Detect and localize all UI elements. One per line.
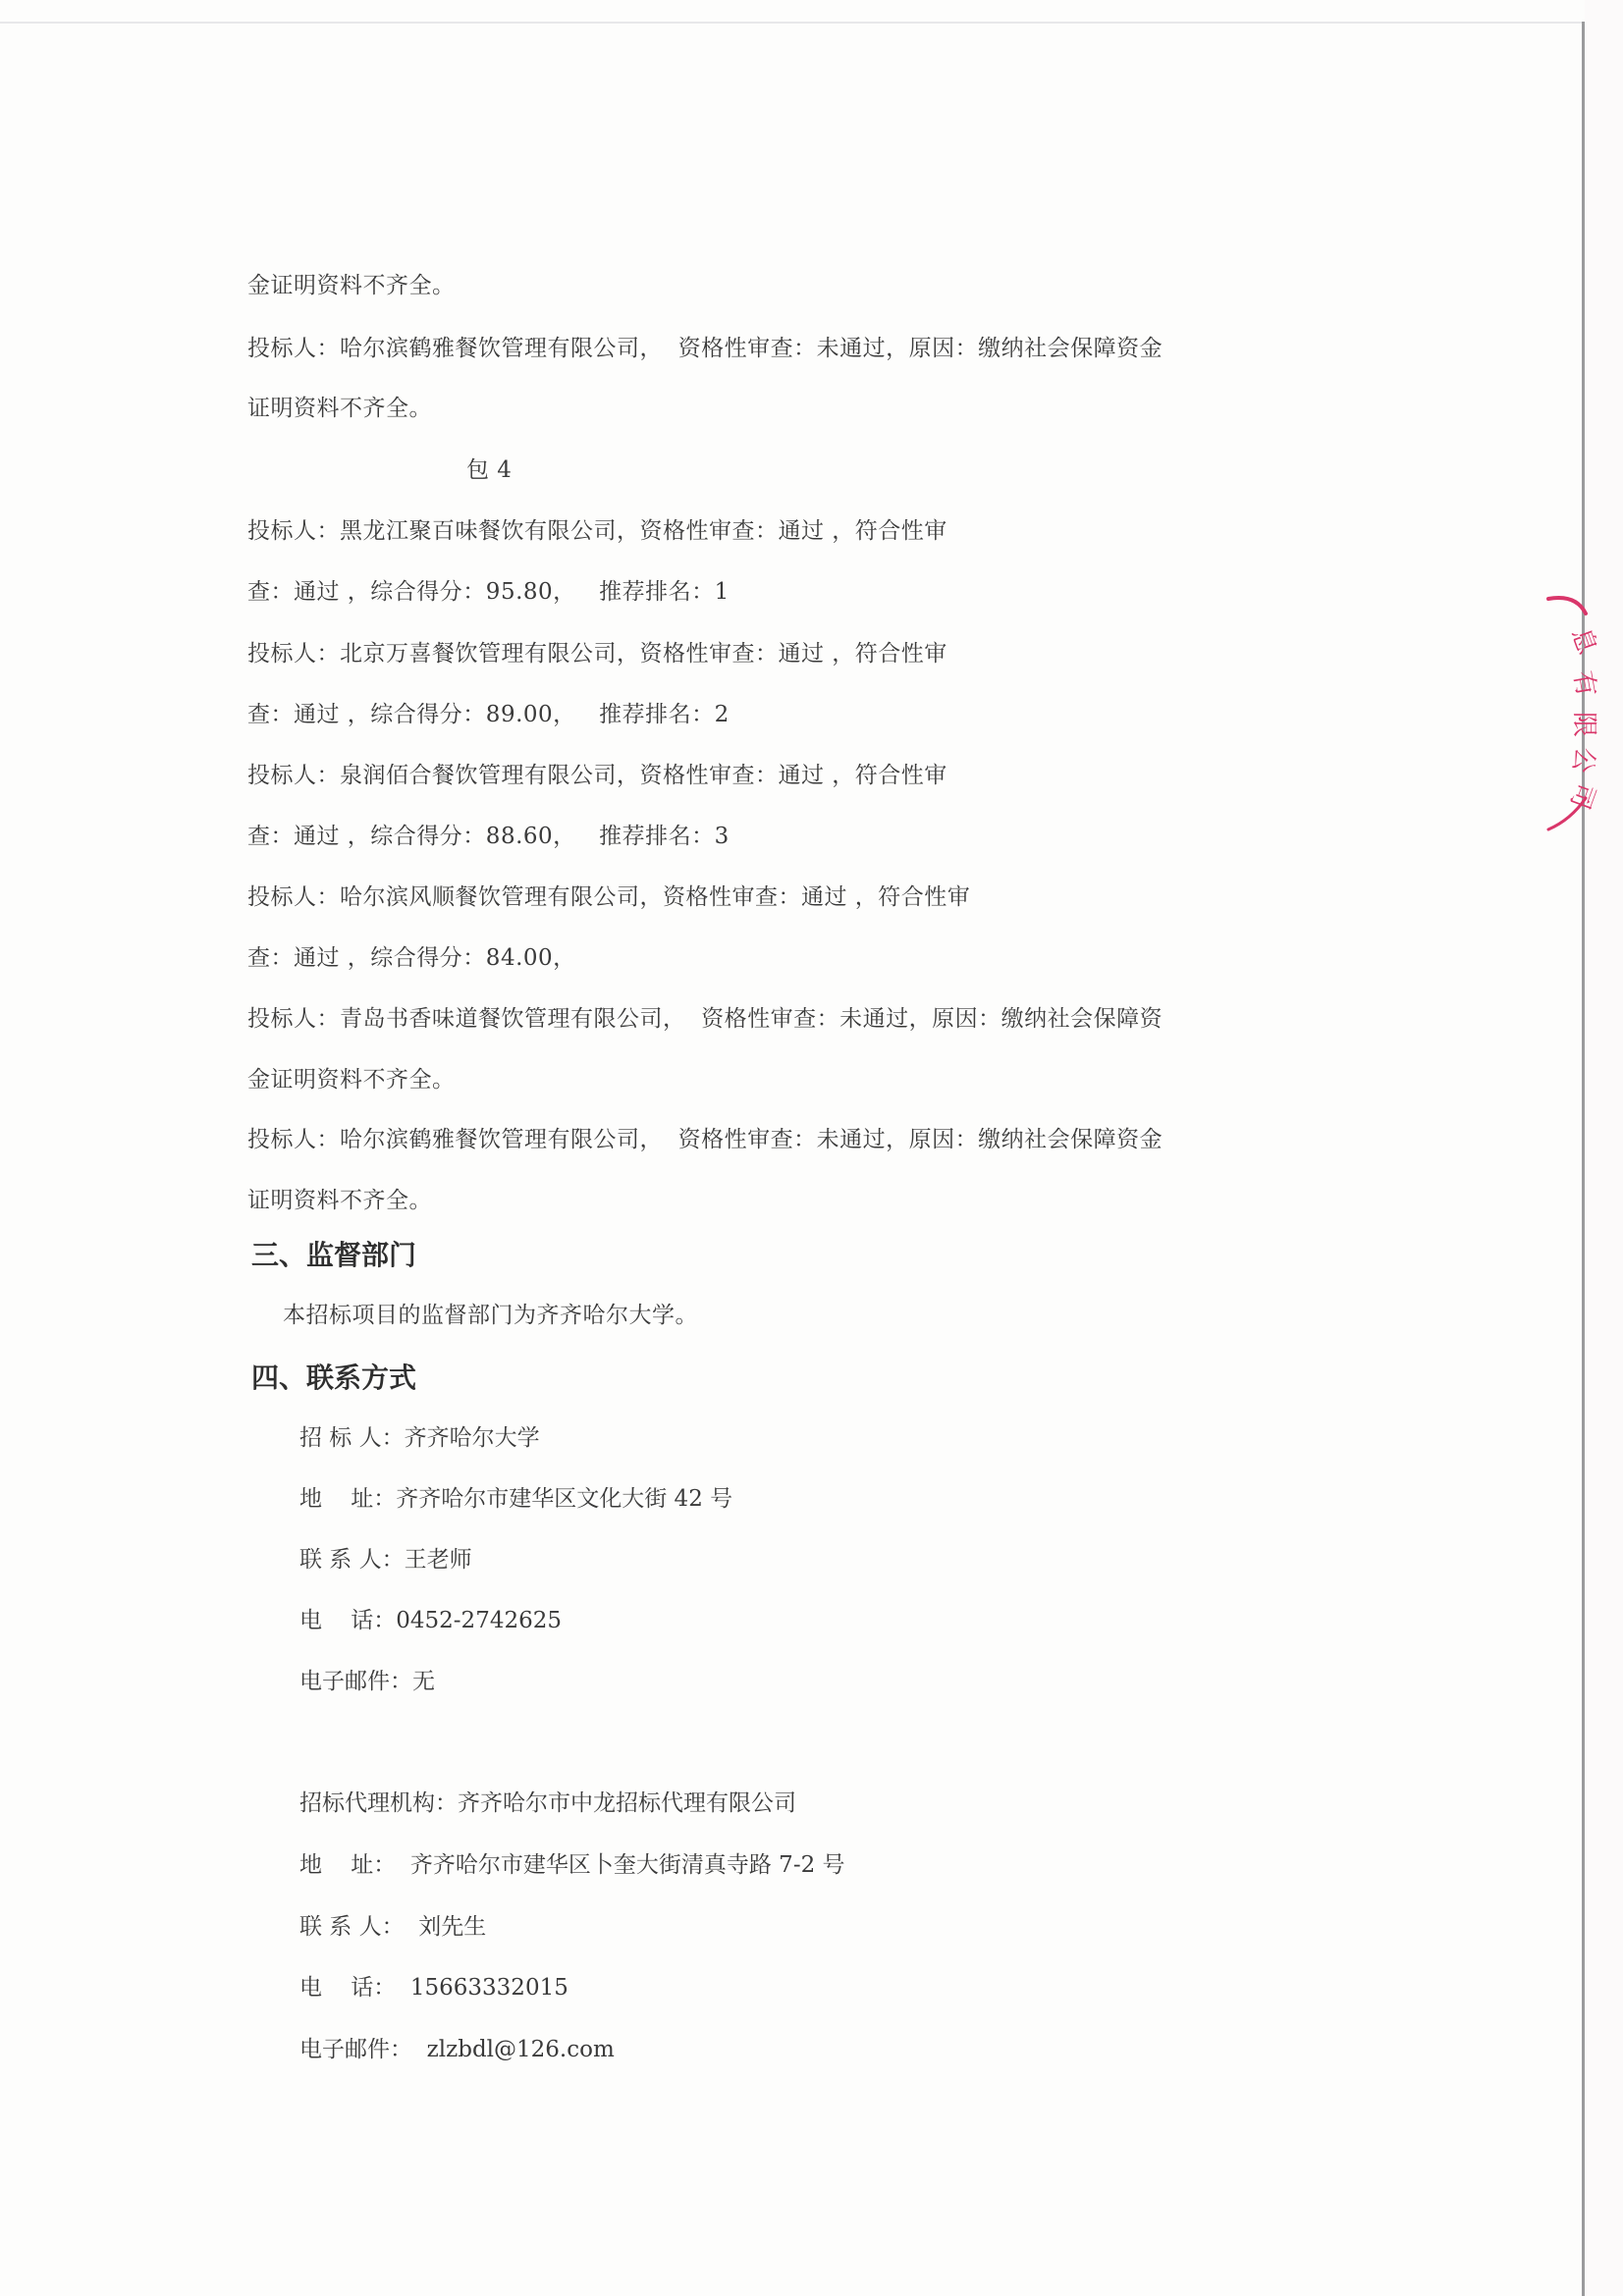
contact-label: 联 系 人： [299,1912,418,1942]
agency-name-row: 招标代理机构：齐齐哈尔市中龙招标代理有限公司 [299,1789,796,1818]
bidder-line: 查：通过 ，综合得分：89.00， 推荐排名：2 [247,700,730,729]
tenderer-address-row: 地 址：齐齐哈尔市建华区文化大街 42 号 [299,1484,732,1514]
contact-value: 无 [412,1667,435,1696]
contact-label: 电子邮件： [299,1667,412,1696]
contact-value: 刘先生 [418,1912,486,1942]
continuation-line: 金证明资料不齐全。 [247,271,456,300]
bidder-line: 投标人：哈尔滨鹤雅餐饮管理有限公司， 资格性审查：未通过，原因：缴纳社会保障资金 [247,1125,1163,1154]
section-heading-contact: 四、联系方式 [251,1362,416,1395]
contact-value: 0452-2742625 [396,1606,562,1635]
contact-label: 电子邮件： [299,2035,427,2064]
agency-phone-row: 电 话： 15663332015 [299,1973,568,2002]
bidder-line: 投标人：哈尔滨风顺餐饮管理有限公司，资格性审查：通过 ，符合性审 [247,882,970,912]
bidder-line: 投标人：黑龙江聚百味餐饮有限公司，资格性审查：通过 ，符合性审 [247,516,947,546]
scan-margin [1585,0,1623,2296]
bidder-line: 投标人：北京万喜餐饮管理有限公司，资格性审查：通过 ，符合性审 [247,639,947,668]
bidder-line: 证明资料不齐全。 [247,1186,432,1215]
continuation-line: 投标人：哈尔滨鹤雅餐饮管理有限公司， 资格性审查：未通过，原因：缴纳社会保障资金 [247,334,1163,363]
contact-value: 王老师 [405,1545,472,1575]
contact-value: 齐齐哈尔市建华区卜奎大街清真寺路 7-2 号 [410,1850,845,1880]
section-heading-supervision: 三、监督部门 [251,1239,416,1272]
bidder-line: 查：通过 ，综合得分：95.80， 推荐排名：1 [247,577,730,607]
contact-label: 地 址： [299,1484,396,1514]
tenderer-email-row: 电子邮件：无 [299,1667,435,1696]
agency-address-row: 地 址： 齐齐哈尔市建华区卜奎大街清真寺路 7-2 号 [299,1850,845,1880]
bidder-line: 查：通过 ，综合得分：84.00， [247,943,576,973]
agency-email-row: 电子邮件： zlzbdl@126.com [299,2035,615,2064]
page-top-edge [0,22,1583,24]
bidder-line: 投标人：青岛书香味道餐饮管理有限公司， 资格性审查：未通过，原因：缴纳社会保障资 [247,1004,1163,1034]
contact-value: 齐齐哈尔市建华区文化大街 42 号 [396,1484,732,1514]
contact-value: 15663332015 [410,1973,568,2002]
svg-text:司: 司 [1564,778,1600,813]
contact-label: 电 话： [299,1606,396,1635]
bidder-line: 查：通过 ，综合得分：88.60， 推荐排名：3 [247,822,730,851]
tenderer-contact-person-row: 联 系 人：王老师 [299,1545,472,1575]
svg-text:公: 公 [1566,745,1599,775]
supervision-body: 本招标项目的监督部门为齐齐哈尔大学。 [283,1301,698,1330]
contact-value: zlzbdl@126.com [427,2035,615,2064]
svg-text:息: 息 [1565,624,1601,660]
tenderer-phone-row: 电 话：0452-2742625 [299,1606,562,1635]
bidder-line: 金证明资料不齐全。 [247,1065,456,1095]
agency-contact-person-row: 联 系 人： 刘先生 [299,1912,486,1942]
bidder-line: 投标人：泉润佰合餐饮管理有限公司，资格性审查：通过 ，符合性审 [247,761,947,790]
tenderer-name-row: 招 标 人：齐齐哈尔大学 [299,1423,540,1453]
contact-label: 地 址： [299,1850,410,1880]
svg-text:限: 限 [1569,712,1598,737]
contact-label: 招 标 人： [299,1423,405,1453]
contact-label: 电 话： [299,1973,410,2002]
contact-value: 齐齐哈尔市中龙招标代理有限公司 [458,1789,796,1818]
contact-label: 招标代理机构： [299,1789,458,1818]
continuation-line: 证明资料不齐全。 [247,394,432,423]
company-seal-stamp-icon: 息 有 限 公 司 [1546,574,1605,849]
package-label: 包 4 [466,455,512,485]
contact-label: 联 系 人： [299,1545,405,1575]
svg-text:有: 有 [1567,668,1600,699]
contact-value: 齐齐哈尔大学 [405,1423,540,1453]
